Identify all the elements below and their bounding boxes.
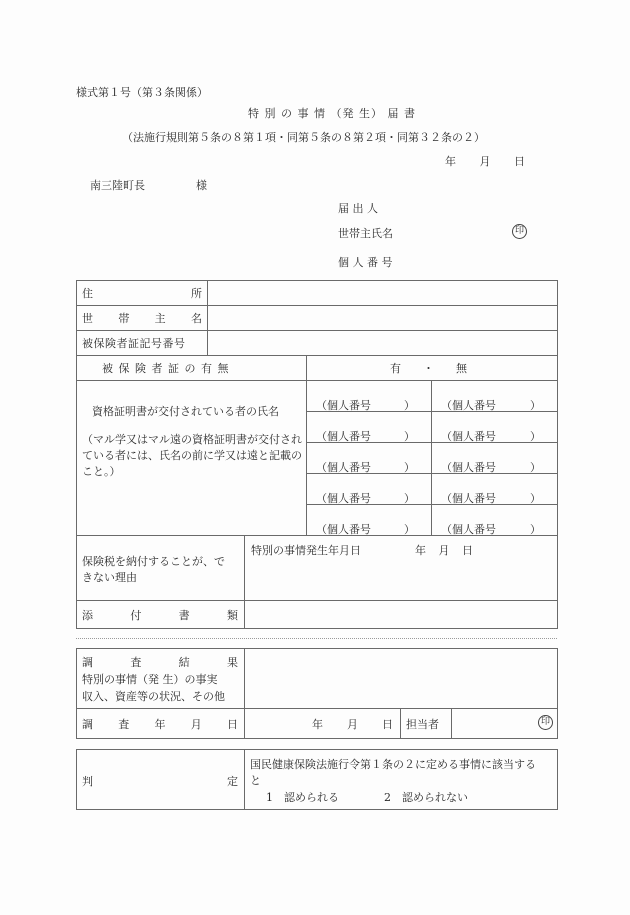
investigation-date-label: 調査年月日 — [82, 716, 238, 732]
result-label: 調査結果 — [82, 654, 238, 670]
form-number: 様式第１号（第３条関係） — [76, 84, 208, 100]
staff-label: 担当者 — [406, 716, 439, 732]
close-paren: ） — [404, 428, 415, 444]
year-label: 年 — [312, 716, 323, 732]
close-paren: ） — [530, 521, 541, 537]
month-label: 月 — [480, 153, 491, 169]
qualified-persons-note: （マル学又はマル遠の資格証明書が交付されている者には、氏名の前に学又は遠と記載の… — [82, 432, 302, 480]
close-paren: ） — [530, 397, 541, 413]
investigation-date[interactable]: 年 月 日 — [312, 716, 393, 732]
insurance-card-number-label: 被保険者証記号番号 — [82, 335, 186, 351]
personal-number-slot[interactable]: （個人番号 — [316, 397, 371, 413]
judgment-text-line2: と — [250, 772, 261, 788]
attachments-label: 添付書類 — [82, 607, 238, 623]
householder-name-label: 世帯主氏名 — [338, 225, 393, 241]
personal-number-slot[interactable]: （個人番号 — [441, 459, 496, 475]
householder-field[interactable] — [208, 306, 557, 330]
close-paren: ） — [404, 397, 415, 413]
result-field[interactable] — [245, 649, 557, 708]
close-paren: ） — [404, 459, 415, 475]
legal-basis: （法施行規則第５条の８第１項・同第５条の８第２項・同第３２条の２） — [122, 129, 485, 145]
personal-number-slot[interactable]: （個人番号 — [316, 428, 371, 444]
personal-number-slot[interactable]: （個人番号 — [316, 459, 371, 475]
close-paren: ） — [530, 428, 541, 444]
result-label-line3: 収入、資産等の状況、その他 — [82, 688, 225, 704]
seal-icon: 印 — [512, 224, 527, 239]
submission-date: 年 月 日 — [445, 153, 525, 169]
personal-number-slot[interactable]: （個人番号 — [441, 428, 496, 444]
reason-label: 保険税を納付することが、できない理由 — [82, 554, 232, 586]
year-label: 年 — [445, 153, 456, 169]
judgment-label: 判定 — [82, 773, 238, 789]
close-paren: ） — [530, 490, 541, 506]
personal-number-slot[interactable]: （個人番号 — [316, 490, 371, 506]
addressee: 南三陸町長 — [90, 177, 145, 193]
judgment-text-line1: 国民健康保険法施行令第１条の２に定める事情に該当する — [250, 756, 536, 772]
judgment-option-approved[interactable]: 1 認められる — [266, 789, 339, 805]
personal-number-slot[interactable]: （個人番号 — [441, 521, 496, 537]
qualified-persons-label: 資格証明書が交付されている者の氏名 — [92, 403, 279, 419]
personal-number-slot[interactable]: （個人番号 — [441, 397, 496, 413]
address-field[interactable] — [208, 281, 557, 305]
personal-number-slot[interactable]: （個人番号 — [441, 490, 496, 506]
judgment-option-denied[interactable]: 2 認められない — [384, 789, 468, 805]
close-paren: ） — [404, 490, 415, 506]
applicant-label: 届 出 人 — [338, 200, 378, 216]
address-label: 住所 — [82, 285, 202, 301]
result-label-line2: 特別の事情（発 生）の事実 — [82, 671, 218, 687]
householder-label: 世帯主名 — [82, 310, 202, 326]
day-label: 日 — [514, 153, 525, 169]
card-presence-toggle[interactable]: 有 ・ 無 — [390, 360, 467, 376]
card-presence-label: 被 保 険 者 証 の 有 無 — [102, 360, 229, 376]
close-paren: ） — [404, 521, 415, 537]
personal-number-slot[interactable]: （個人番号 — [316, 521, 371, 537]
seal-icon: 印 — [538, 715, 553, 730]
page-title: 特 別 の 事 情 （発 生） 届 書 — [248, 105, 416, 121]
reason-field[interactable] — [245, 556, 557, 600]
close-paren: ） — [530, 459, 541, 475]
honorific: 様 — [196, 177, 207, 193]
attachments-field[interactable] — [245, 601, 557, 628]
insurance-card-number-field[interactable] — [208, 331, 557, 355]
day-label: 日 — [382, 716, 393, 732]
divider — [76, 638, 557, 639]
month-label: 月 — [347, 716, 358, 732]
personal-number-label: 個 人 番 号 — [338, 254, 393, 270]
